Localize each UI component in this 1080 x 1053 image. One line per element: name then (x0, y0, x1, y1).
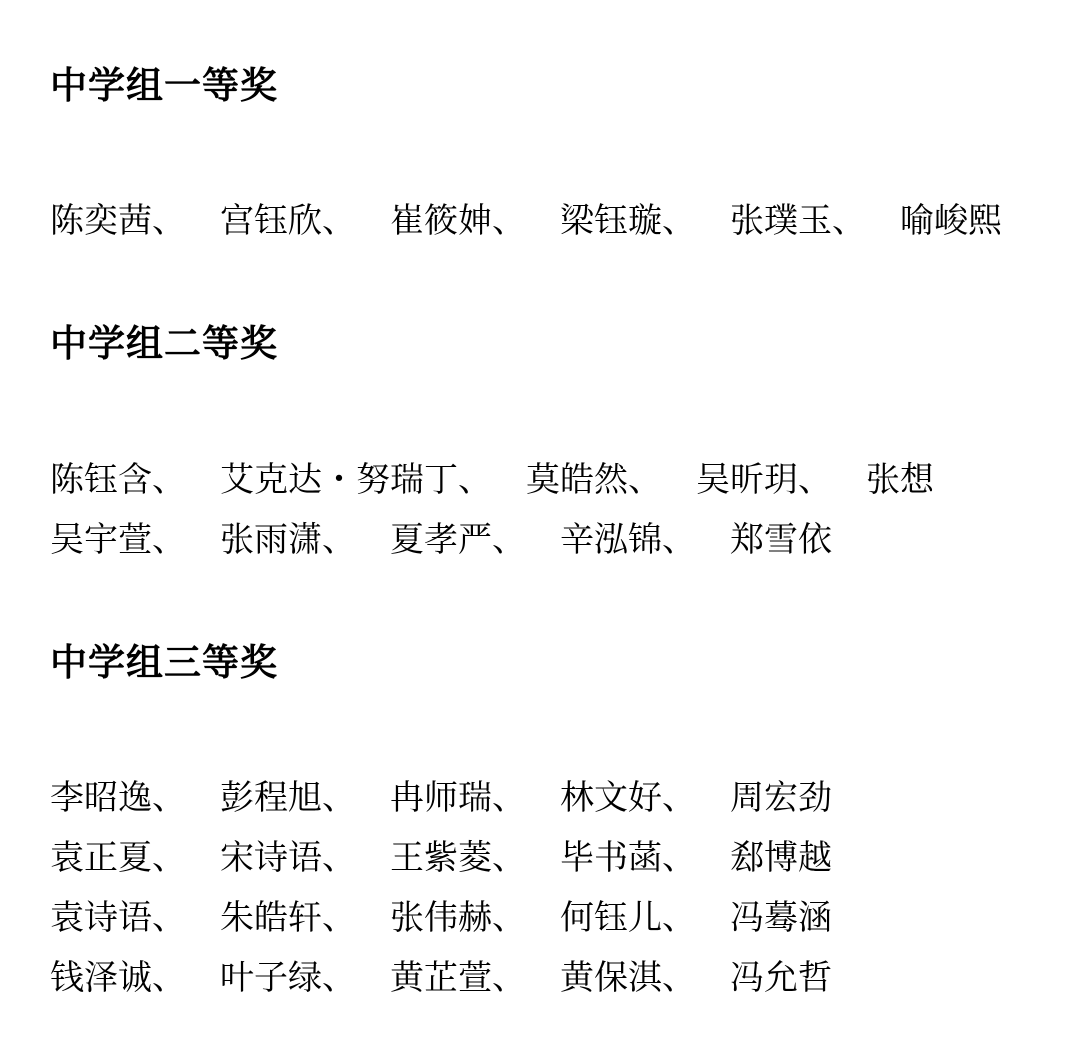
second-prize-names: 陈钰含、 艾克达・努瑞丁、 莫皓然、 吴昕玥、 张想 吴宇萱、 张雨潇、 夏孝严… (50, 451, 1040, 571)
section-title-second-prize: 中学组二等奖 (50, 322, 1040, 368)
names-line: 李昭逸、 彭程旭、 冉师瑞、 林文好、 周宏劲 (50, 769, 1040, 829)
names-line: 钱泽诚、 叶子绿、 黄芷萱、 黄保淇、 冯允哲 (50, 949, 1040, 1009)
names-line: 吴宇萱、 张雨潇、 夏孝严、 辛泓锦、 郑雪依 (50, 511, 1040, 571)
section-title-third-prize: 中学组三等奖 (50, 641, 1040, 687)
names-line: 陈钰含、 艾克达・努瑞丁、 莫皓然、 吴昕玥、 张想 (50, 451, 1040, 511)
names-line: 袁诗语、 朱皓轩、 张伟赫、 何钰儿、 冯蓦涵 (50, 889, 1040, 949)
section-title-first-prize: 中学组一等奖 (50, 64, 1040, 110)
first-prize-names: 陈奕茜、 宫钰欣、 崔筱妽、 梁钰璇、 张璞玉、 喻峻熙 (50, 192, 1040, 252)
award-document: 中学组一等奖 陈奕茜、 宫钰欣、 崔筱妽、 梁钰璇、 张璞玉、 喻峻熙 中学组二… (0, 0, 1080, 1053)
names-line: 袁正夏、 宋诗语、 王紫菱、 毕书菡、 郄博越 (50, 829, 1040, 889)
names-line: 陈奕茜、 宫钰欣、 崔筱妽、 梁钰璇、 张璞玉、 喻峻熙 (50, 192, 1040, 252)
third-prize-names: 李昭逸、 彭程旭、 冉师瑞、 林文好、 周宏劲 袁正夏、 宋诗语、 王紫菱、 毕… (50, 769, 1040, 1009)
